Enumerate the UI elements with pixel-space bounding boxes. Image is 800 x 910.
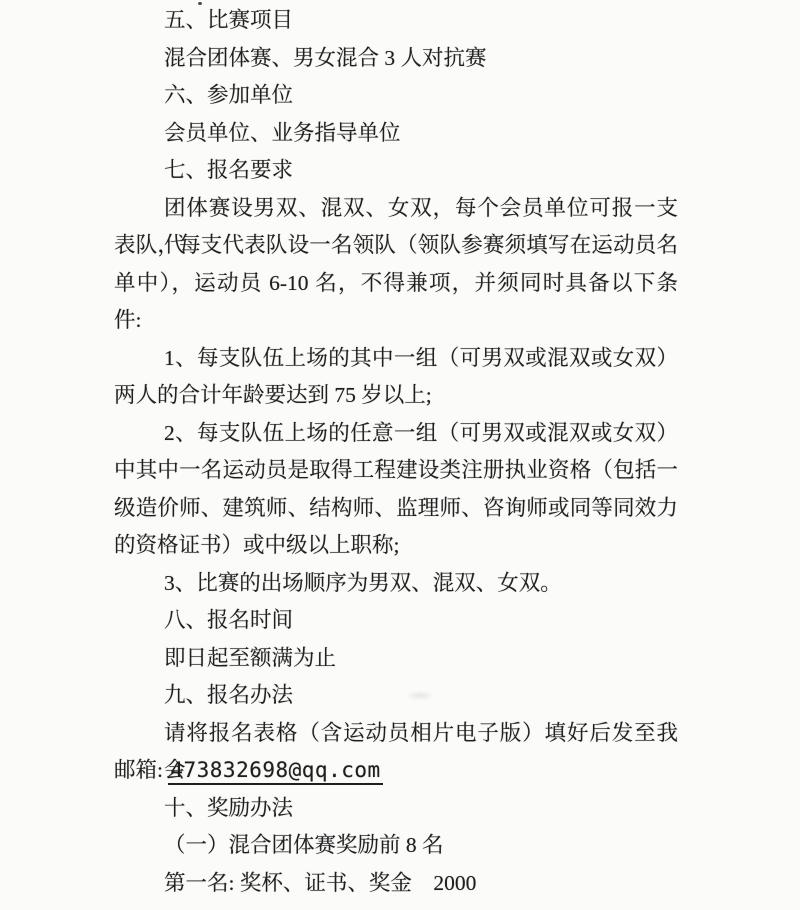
document-line: 两人的合计年龄要达到 75 岁以上; — [114, 377, 678, 415]
document-line: 中其中一名运动员是取得工程建设类注册执业资格（包括一 — [114, 452, 678, 490]
line-text: 十、奖励办法 — [164, 796, 293, 820]
line-text: 2、每支队伍上场的任意一组（可男双或混双或女双） — [164, 421, 678, 445]
document-line: 1、每支队伍上场的其中一组（可男双或混双或女双） — [114, 340, 678, 378]
document-line: 单中），运动员 6-10 名，不得兼项，并须同时具备以下条 — [114, 265, 678, 303]
line-text: 的资格证书）或中级以上职称; — [114, 533, 399, 557]
document-line: 请将报名表格（含运动员相片电子版）填好后发至我会 — [114, 715, 678, 753]
document-line: 级造价师、建筑师、结构师、监理师、咨询师或同等同效力 — [114, 490, 678, 528]
line-text: 单中），运动员 6-10 名，不得兼项，并须同时具备以下条 — [114, 271, 678, 295]
line-text: 中其中一名运动员是取得工程建设类注册执业资格（包括一 — [114, 458, 678, 482]
document-line: 件: — [114, 302, 678, 340]
document-line: 混合团体赛、男女混合 3 人对抗赛 — [114, 40, 678, 78]
line-text: 件: — [114, 308, 141, 332]
line-text: 即日起至额满为止 — [164, 646, 336, 670]
document-line: 五、比赛项目 — [114, 2, 678, 40]
document-line: 七、报名要求 — [114, 152, 678, 190]
line-text: （一）混合团体赛奖励前 8 名 — [164, 833, 444, 857]
scanned-document-page: 五、比赛项目混合团体赛、男女混合 3 人对抗赛六、参加单位会员单位、业务指导单位… — [0, 0, 800, 910]
line-text: 3、比赛的出场顺序为男双、混双、女双。 — [164, 571, 562, 595]
line-text: 八、报名时间 — [164, 608, 293, 632]
line-text: 两人的合计年龄要达到 75 岁以上; — [114, 383, 432, 407]
line-text: 第一名: 奖杯、证书、奖金 2000 — [164, 871, 476, 895]
line-text: 六、参加单位 — [164, 83, 293, 107]
document-line: 3、比赛的出场顺序为男双、混双、女双。 — [114, 565, 678, 603]
line-text: 混合团体赛、男女混合 3 人对抗赛 — [164, 46, 487, 70]
line-text: 九、报名办法 — [164, 683, 293, 707]
document-line: 表队，每支代表队设一名领队（领队参赛须填写在运动员名 — [114, 227, 678, 265]
document-line: 2、每支队伍上场的任意一组（可男双或混双或女双） — [114, 415, 678, 453]
document-line: 八、报名时间 — [114, 602, 678, 640]
email-address: 473832698@qq.com — [168, 759, 382, 785]
document-line: 的资格证书）或中级以上职称; — [114, 527, 678, 565]
scan-smudge — [405, 690, 435, 701]
line-text: 邮箱: — [114, 758, 168, 782]
document-line: 邮箱: 473832698@qq.com — [114, 752, 678, 790]
document-line: 九、报名办法 — [114, 677, 678, 715]
document-line: 团体赛设男双、混双、女双，每个会员单位可报一支代 — [114, 190, 678, 228]
scan-speck — [198, 2, 202, 5]
line-text: 1、每支队伍上场的其中一组（可男双或混双或女双） — [164, 346, 678, 370]
document-line: （一）混合团体赛奖励前 8 名 — [114, 827, 678, 865]
document-body: 五、比赛项目混合团体赛、男女混合 3 人对抗赛六、参加单位会员单位、业务指导单位… — [0, 0, 800, 902]
line-text: 五、比赛项目 — [164, 8, 293, 32]
document-line: 第一名: 奖杯、证书、奖金 2000 — [114, 865, 678, 903]
document-line: 即日起至额满为止 — [114, 640, 678, 678]
document-line: 六、参加单位 — [114, 77, 678, 115]
document-line: 十、奖励办法 — [114, 790, 678, 828]
line-text: 级造价师、建筑师、结构师、监理师、咨询师或同等同效力 — [114, 496, 678, 520]
line-text: 表队，每支代表队设一名领队（领队参赛须填写在运动员名 — [114, 233, 678, 257]
line-text: 会员单位、业务指导单位 — [164, 121, 401, 145]
document-line: 会员单位、业务指导单位 — [114, 115, 678, 153]
line-text: 七、报名要求 — [164, 158, 293, 182]
